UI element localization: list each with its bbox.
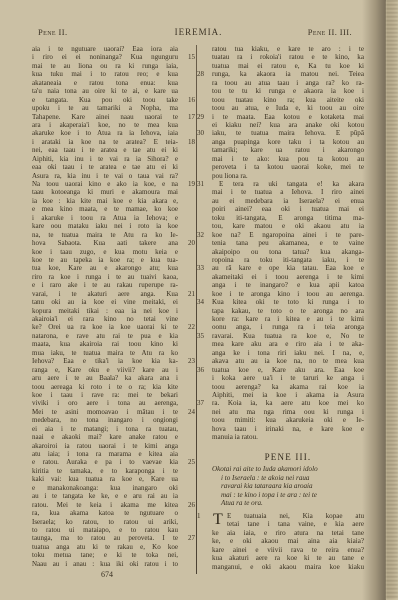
text-line: ra, kua akama katoa te ngutuare o — [32, 509, 178, 517]
text-line: toou mimiti: kua akarukeia oki e Ie- — [212, 416, 364, 424]
text-line: e i raro ake i te au rakau ruperupe ra- — [32, 281, 178, 289]
text-line: iaku, te tuatua maira Iehova. E pūpā30 — [212, 129, 364, 137]
text-line: medebara, no tona inangaro i ongiongi — [32, 416, 178, 424]
text-line: ia koe : kia kite mai koe e kia akara e, — [32, 197, 178, 205]
text-line: ra. Koia ia, ka aere atu koe mei ko37 — [212, 399, 364, 407]
text-line: tou, kare matou e oki akaou atu ia — [212, 222, 364, 230]
text-line: ravarai. Kua tuatua ra koe e, No te35 — [212, 332, 364, 340]
text-line: i akaruke i toou ra Atua ia Iehova; e — [32, 214, 178, 222]
verse-number: 15 — [188, 53, 195, 61]
page-number: 674 — [32, 570, 182, 579]
scanned-book-page: Pene II. IEREMIA. Pene II. III. aia i te… — [0, 0, 398, 600]
text-line: Atua ra te ora. — [212, 499, 364, 508]
verse-number: 22 — [188, 323, 195, 331]
verse-number: 37 — [197, 399, 204, 407]
text-line: e manakonakoanga: kua inangaro oki — [32, 484, 178, 492]
text-line: nei atu ma nga rima oou ki runga i — [212, 408, 364, 416]
text-line: Kua kitea oki te toto ki runga i to34 — [212, 298, 364, 306]
text-line: tamariki; kare ua ratou i akarongo — [212, 146, 364, 154]
text-line: runga, ka akaora ia matou nei. Teiea28 — [212, 70, 364, 78]
text-line: ara i akaperaia'i koe, no te mea kua — [32, 121, 178, 129]
text-line: Aiphiti, kia inu i te vai ra ia Sihora? … — [32, 155, 178, 163]
verse-number: 36 — [197, 366, 204, 374]
text-line: i koka aere ua'i i te taruri ke anga i — [212, 374, 364, 382]
text-line: e mea kino maata, e te mamae, ko koe — [32, 205, 178, 213]
text-line: viviki i oro aere i tona au aerenga, — [32, 399, 178, 407]
text-line: kaki vai: kua tuatua ra koe e, Kare ua — [32, 475, 178, 483]
first-verse: 1TE tuatuaia nei, Kia kopae atutetai tan… — [212, 512, 364, 571]
text-line: mea kare aku ara e riro aia i te aka- — [212, 340, 364, 348]
verse-number: 28 — [197, 70, 204, 78]
text-line: toou aerenga? ka akama rai koe ia — [212, 383, 364, 391]
verse-number: 29 — [197, 113, 204, 121]
text-line: ra toou au atua taau i anga ra? ko ra- — [212, 79, 364, 87]
verse-number: 24 — [188, 408, 195, 416]
text-line: tuatau ra i rokoia'i ratou e te kino, ka — [212, 53, 364, 61]
text-line: ke, e oki akaou mai aina aia kiaia? — [212, 537, 364, 545]
text-line: ei kiaku nei? kua ara anake oki kotou — [212, 121, 364, 129]
text-line: koe i taau i rave ra: mei te bekari — [32, 391, 178, 399]
text-line: varai, i te akaturi aere anga. Kua21 — [32, 290, 178, 298]
right-column: ratou tua kiaku, e kare te aro : i tetua… — [212, 45, 364, 574]
text-line: Iseraela; ko ratou, to ratou ui ariki, — [32, 518, 178, 526]
text-line: toou tuatau kino ra; kua aiteite oki — [212, 96, 364, 104]
gutter-shadow — [362, 0, 386, 600]
verse-number: 34 — [197, 298, 204, 306]
left-column: aia i te ngutuare uaorai? Eaa iora aiai … — [32, 45, 178, 574]
text-line: mai i te ako: kua pou ta kotou au — [212, 155, 364, 163]
text-line: tou te tu ki runga e akaora ia koe i — [212, 87, 364, 95]
text-line: koe te au tapeka ia koe ra; e kua tua- — [32, 256, 178, 264]
text-line: aia i te ngutuare uaorai? Eaa iora aia — [32, 45, 178, 53]
text-line: kua akaturi aere ra koe ki te au tane e — [212, 554, 364, 562]
verse-number: 21 — [188, 290, 195, 298]
text-line: tenia tana peu akamanea, e te vaine — [212, 239, 364, 247]
text-line: kore ra: kare ra i kitea e au i te kimi — [212, 315, 364, 323]
text-line: oonu anga, i runga ra i teia aronga — [212, 323, 364, 331]
verse-number: 17 — [188, 113, 195, 121]
text-line: E tera ra uki tangata e! ka akara31 — [212, 180, 364, 188]
text-line: akairoia'i ei rara kino no tetai vine — [32, 315, 178, 323]
verse-number: 20 — [188, 239, 195, 247]
text-line: anga i te inangaro? e kua apii katoa — [212, 281, 364, 289]
text-line: akataneaia e ratou tona enua: kua — [32, 79, 178, 87]
running-head-left: Pene II. — [38, 27, 68, 37]
text-line: kopura meitaki tikai : eaa ia nei koe i — [32, 307, 178, 315]
text-line: mai te au liona ou ra ki runga iaia, — [32, 62, 178, 70]
verse-number: 32 — [197, 231, 204, 239]
text-line: kare oou mataku iaku nei i roto ia koe — [32, 222, 178, 230]
verse-number: 1 — [197, 512, 201, 520]
verse-number: 31 — [197, 180, 204, 188]
text-line: ta'u naia tona au oire ki te ai, e kare … — [32, 87, 178, 95]
text-line: toou au atua, e Iuda e, ki toou au oire — [212, 104, 364, 112]
text-line: tua koe, Kare au e akarongo atu; kua — [32, 264, 178, 272]
verse-number: 23 — [188, 357, 195, 365]
text-line: mai i te tuatua a Iehova. I riro ainei — [212, 188, 364, 196]
adjacent-page-edge — [386, 0, 398, 600]
text-line: tapa kakau, te toto o te aronga no ara — [212, 307, 364, 315]
text-line: tuatua koe e, Kare aku ara. Eaa koe36 — [212, 366, 364, 374]
verse-number: 35 — [197, 332, 204, 340]
verse-number: 33 — [197, 264, 204, 272]
text-line: ke? Orei ua ra koe ia koe uaorai ki te22 — [32, 323, 178, 331]
text-line: toku iti-tangata, E aronga titima ma- — [212, 214, 364, 222]
text-line: akaruke koe i to Atua ra ia Iehova, iaia — [32, 129, 178, 137]
text-line: kare ainei e viivii rava te reira enua? — [212, 546, 364, 554]
text-line: nei, eaa taau i te aratea e tae atu ei k… — [32, 146, 178, 154]
text-line: au i te tangata ke ke, e e aru rai au ia — [32, 492, 178, 500]
text-line: hova Sabaota. Kua aati takere ana20 — [32, 239, 178, 247]
text-line: mua iaku, te tuatua maira te Atu ra ko — [32, 349, 178, 357]
text-line: ratou. Mei te keia i akama me kitea26 — [32, 501, 178, 509]
text-line: ravarai kia tataraara kia aroaia — [212, 482, 364, 491]
text-line: maata, kua akairoia rai toou kino ki — [32, 340, 178, 348]
text-line: manuia ia ratou. — [212, 433, 364, 441]
verse-number: 27 — [188, 534, 195, 542]
text-line: tuatua mai ei ratou e, Ka tu koe ki — [212, 62, 364, 70]
text-line: ei aia i te matangi; i tona ra tuatau, — [32, 425, 178, 433]
verse-number: 30 — [197, 129, 204, 137]
running-head: Pene II. IEREMIA. Pene II. III. — [0, 27, 398, 39]
text-line: ranga e, Kare oku e viivii? kare au i — [32, 366, 178, 374]
text-line: toou aereaga ki roto i te o ra; kia kite — [32, 383, 178, 391]
text-line: i te maata. Eaa kotou e kotaketa mai29 — [212, 113, 364, 121]
verse-number: 25 — [188, 458, 195, 466]
running-head-title: IEREMIA. — [175, 27, 223, 37]
text-line: e ratou. Auraka e pa i to vaevae kia25 — [32, 458, 178, 466]
text-line: pou liona ra. — [212, 172, 364, 180]
text-line: aru aere i te au Baala? ka akara ana i — [32, 374, 178, 382]
text-line: tuatua anga atu ki te rakau e, Ko koe — [32, 543, 178, 551]
text-line: akaipoipo ou tona tatua? kua akanga- — [212, 248, 364, 256]
text-line: koe na? E ngaropoina ainei i te pare-32 — [212, 231, 364, 239]
text-line: i to Iseraela : te akoia nei raua — [212, 474, 364, 483]
text-line: Aiphiti, mei ia koe i akama ia Asura — [212, 391, 364, 399]
text-columns: aia i te ngutuare uaorai? Eaa iora aiai … — [32, 45, 364, 574]
text-line: akameitaki ei i toou aerenga i te kimi — [212, 273, 364, 281]
verse-number: 16 — [188, 96, 195, 104]
text-line: natarona, e rave atu rai te pua e kia — [32, 332, 178, 340]
verse-text-block: ratou tua kiaku, e kare te aro : i tetua… — [212, 45, 364, 442]
text-line: akava atu au ia koe na, no te mea kua — [212, 357, 364, 365]
text-line: Asura ra, kia inu i te vai o taua vai ra… — [32, 172, 178, 180]
verse-number: 19 — [188, 180, 195, 188]
verse-number: 18 — [188, 138, 195, 146]
text-line: na, te tuatua maira te Atu ra ko Ie- — [32, 231, 178, 239]
text-line: koe i te aronga kino i toou au aerenga. — [212, 290, 364, 298]
text-line: i riro ei ei noninanga? Kua ngunguru15 — [32, 53, 178, 61]
text-line: Naau au i anau : kua iki oki ratou i to — [32, 560, 178, 568]
text-line: upoku i te au tamariki a Nopha, ma — [32, 104, 178, 112]
text-line: manganui, e oki akaou maira koe kiaku — [212, 563, 364, 571]
text-line: kiritia te tamaka, e to karaponga i te — [32, 467, 178, 475]
text-line: i arataki ia koe na te aratea? E teia-18 — [32, 138, 178, 146]
text-line: au ei medebara ia Iseraela? ei enua — [212, 197, 364, 205]
text-line: tetai tane i tana vaine, e kia aere — [212, 520, 364, 528]
text-line: tanu oki au ia koe ei vine meitaki, ei — [32, 298, 178, 306]
text-line: naai e akaoki mai? kare anake ratou e — [32, 433, 178, 441]
text-line: poiri ainei? eaa oki i tuatua mai ei — [212, 205, 364, 213]
running-head-right: Pene II. III. — [308, 27, 352, 37]
verse-number: 26 — [188, 501, 195, 509]
text-line: Tahapene. Kare ainei naau uaorai te17 — [32, 113, 178, 121]
text-line: ratou tua kiaku, e kare te aro : i te — [212, 45, 364, 53]
text-line: au rā kare e ope kia tatau. Eaa koe e33 — [212, 264, 364, 272]
text-line: Iehova? Eaa e tika'i ia koe kia ka-23 — [32, 357, 178, 365]
text-line: hova taau i irinaki na, e kare koe e — [212, 425, 364, 433]
chapter-heading: PENE III. — [212, 453, 364, 461]
text-line: Mei te asini momoavao i mātau i te24 — [32, 408, 178, 416]
text-line: ke aia iaia, e riro atura na tetai tane — [212, 529, 364, 537]
text-line: eaa oki taau i te aratea e tae atu ei ki — [32, 163, 178, 171]
chapter-summary: Okotai rai aite to Iuda akamori idoloi t… — [212, 465, 364, 508]
text-line: koe i taau zugo, e kua motu keia e — [32, 248, 178, 256]
text-line: toku metua tane; e ki te toka nei, — [32, 551, 178, 559]
text-line: kua tuku mai i to ratou reo; e kua — [32, 70, 178, 78]
text-line: Okotai rai aite to Iuda akamori idolo — [212, 465, 364, 474]
text-line: peroveta i ta kotou uaorai koke, mei te — [212, 163, 364, 171]
text-line: atu iaia; i tona ra marama e kitea aia — [32, 450, 178, 458]
text-line: ropoina ra toku iti-tangata iaku, i te — [212, 256, 364, 264]
text-line: taau kotoeanga ki muri e akamoura mai — [32, 188, 178, 196]
text-line: anga puapinga kore taku i ta kotou au — [212, 138, 364, 146]
text-line: akaroiroi ia ratou uaorai i te kimi anga — [32, 442, 178, 450]
text-line: taunga, ma to ratou au peroveta. I te27 — [32, 534, 178, 542]
column-divider — [196, 45, 197, 574]
text-line: e tangata. Kua pou oki toou take16 — [32, 96, 178, 104]
text-line: E tuatuaia nei, Kia kopae atu — [212, 512, 364, 520]
text-line: mai : te kino i topa i te ara : tei te — [212, 491, 364, 500]
text-line: to ratou ui mataiapo, e to ratou kau — [32, 526, 178, 534]
text-line: anga ke i tona riri iaku nei. I na, e, — [212, 349, 364, 357]
text-line: Na toou uaorai kino e ako ia koe, e na19 — [32, 180, 178, 188]
text-line: riro ra koe i runga i te au tuaivi kaoa, — [32, 273, 178, 281]
